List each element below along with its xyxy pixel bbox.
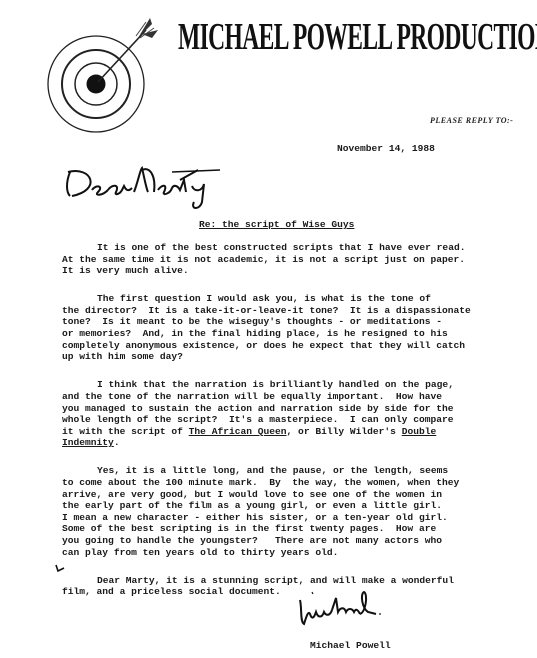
letter-page: MICHAEL POWELL PRODUCTIONS PLEASE REPLY … [0,0,537,658]
pen-check-mark-icon [55,564,65,572]
film-title-double-indemnity-cont: Indemnity [62,437,114,448]
handwritten-signature-icon [296,588,386,630]
paragraph-2: The first question I would ask you, is w… [62,293,502,363]
target-arrow-icon [38,8,158,136]
company-name: MICHAEL POWELL PRODUCTIONS [178,8,510,66]
letter-body: It is one of the best constructed script… [62,242,502,614]
paragraph-5: Dear Marty, it is a stunning script, and… [62,575,502,598]
letter-date: November 14, 1988 [337,143,435,154]
paragraph-3: I think that the narration is brilliantl… [62,379,502,449]
film-title-african-queen: The African Queen [189,426,287,437]
subject-line: Re: the script of Wise Guys [199,219,354,230]
paragraph-1: It is one of the best constructed script… [62,242,502,277]
signer-name: Michael Powell [310,640,391,651]
reply-to-label: PLEASE REPLY TO:- [430,116,513,125]
paragraph-4: Yes, it is a little long, and the pause,… [62,465,502,558]
film-title-double-indemnity: Double [402,426,437,437]
handwritten-salutation: Dear Marty [62,162,232,212]
